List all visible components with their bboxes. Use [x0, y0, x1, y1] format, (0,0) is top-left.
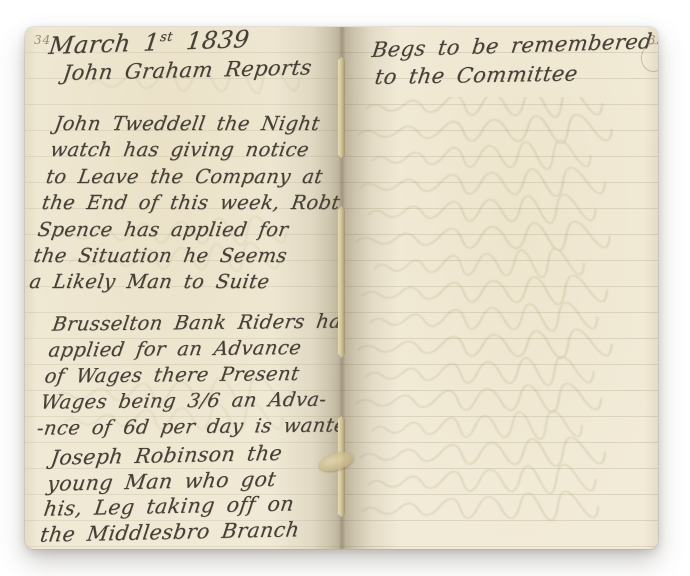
manuscript-line: watch has giving notice — [48, 137, 342, 163]
manuscript-line: John Tweddell the Night — [52, 111, 342, 137]
manuscript-line: of Wages there Present — [43, 360, 342, 389]
manuscript-line: applied for an Advance — [47, 334, 342, 363]
manuscript-line: to Leave the Company at — [44, 164, 342, 190]
manuscript-line: Begs to be remembered — [370, 29, 653, 62]
entry-date-day: March 1 — [47, 28, 161, 60]
manuscript-line: Brusselton Bank Riders have — [51, 308, 342, 337]
entry-date-year: 1839 — [185, 27, 251, 55]
binding-thread-top — [338, 57, 345, 158]
manuscript-line: the Middlesbro Branch — [39, 517, 302, 548]
paragraph-bank-riders: Brusselton Bank Riders have applied for … — [35, 308, 342, 441]
manuscript-line: -nce of 6d per day is wanted — [35, 412, 342, 441]
manuscript-line: to the Committee — [373, 61, 579, 89]
manuscript-line: Spence has applied for — [36, 217, 338, 243]
right-page: 35 Begs to be remembered to the Committe… — [342, 27, 658, 549]
binding-thread-middle — [338, 206, 345, 358]
entry-reporter: John Graham Reports — [61, 55, 313, 85]
open-notebook: 34 March 1st1839 John Graham Reports Joh… — [25, 27, 658, 549]
paragraph-joseph-robinson: Joseph Robinson the young Man who got hi… — [39, 440, 312, 547]
paragraph-night-watch: John Tweddell the Night watch has giving… — [27, 111, 342, 296]
bleed-through-writing — [348, 97, 656, 547]
left-page: 34 March 1st1839 John Graham Reports Joh… — [25, 27, 342, 549]
photo-background: 34 March 1st1839 John Graham Reports Joh… — [0, 0, 690, 576]
entry-date: March 1st1839 — [47, 27, 251, 60]
manuscript-line: the Situation he Seems — [32, 243, 334, 269]
manuscript-line: the End of this week, Robt — [40, 190, 342, 216]
manuscript-line: Wages being 3/6 an Adva- — [39, 386, 342, 415]
manuscript-line: a Likely Man to Suite — [27, 269, 329, 295]
entry-date-ordinal: st — [159, 30, 174, 45]
